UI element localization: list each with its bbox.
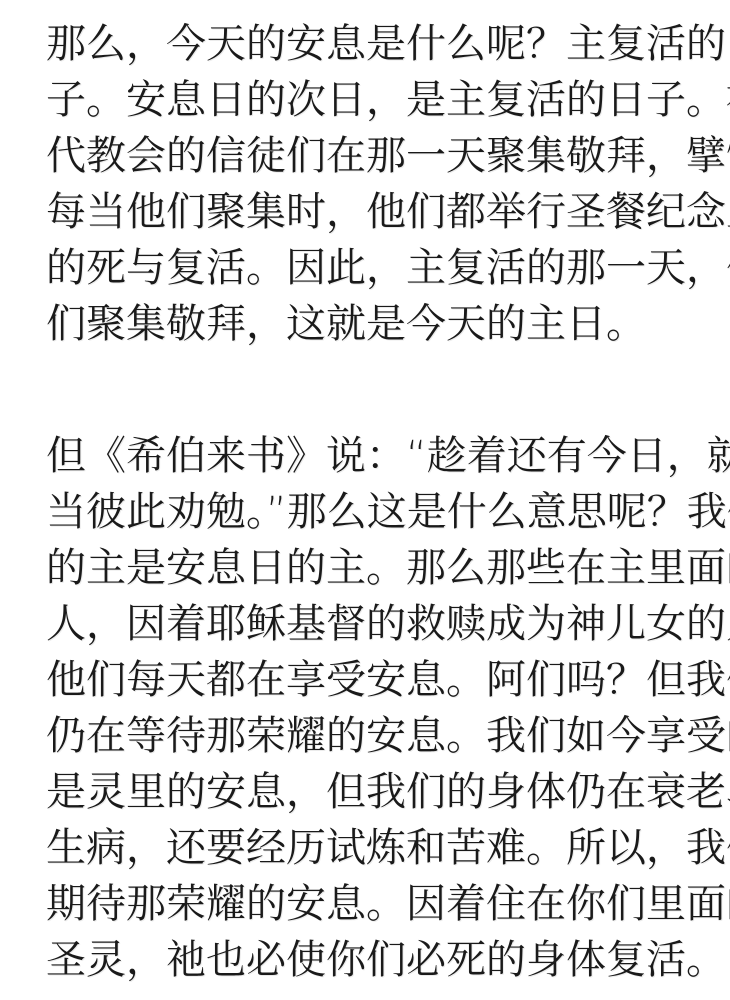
text-line: 期待那荣耀的安息。因着住在你们里面的: [46, 876, 706, 932]
text-line: 圣灵，祂也必使你们必死的身体复活。: [46, 932, 706, 988]
text-line: 人，因着耶稣基督的救赎成为神儿女的人，: [46, 596, 706, 652]
text-line: 每当他们聚集时，他们都举行圣餐纪念主: [46, 184, 706, 240]
text-line: 是灵里的安息，但我们的身体仍在衰老、: [46, 764, 706, 820]
text-line: 们聚集敬拜，这就是今天的主日。: [46, 296, 706, 352]
text-line: 但《希伯来书》说：“趁着还有今日，就应: [46, 428, 706, 484]
text-line: 仍在等待那荣耀的安息。我们如今享受的: [46, 708, 706, 764]
text-line: 的死与复活。因此，主复活的那一天，他: [46, 240, 706, 296]
document-body: 那么，今天的安息是什么呢？主复活的日 子。安息日的次日，是主复活的日子。初 代教…: [46, 16, 706, 988]
text-line: 子。安息日的次日，是主复活的日子。初: [46, 72, 706, 128]
text-line: 的主是安息日的主。那么那些在主里面的: [46, 540, 706, 596]
text-line: 当彼此劝勉。”那么这是什么意思呢？我们: [46, 484, 706, 540]
text-line: 生病，还要经历试炼和苦难。所以，我们: [46, 820, 706, 876]
text-line: 代教会的信徒们在那一天聚集敬拜，擘饼。: [46, 128, 706, 184]
paragraph-1: 那么，今天的安息是什么呢？主复活的日 子。安息日的次日，是主复活的日子。初 代教…: [46, 16, 706, 352]
text-line: 那么，今天的安息是什么呢？主复活的日: [46, 16, 706, 72]
paragraph-2: 但《希伯来书》说：“趁着还有今日，就应 当彼此劝勉。”那么这是什么意思呢？我们 …: [46, 428, 706, 988]
text-line: 他们每天都在享受安息。阿们吗？但我们: [46, 652, 706, 708]
document-page: 那么，今天的安息是什么呢？主复活的日 子。安息日的次日，是主复活的日子。初 代教…: [0, 0, 730, 1000]
